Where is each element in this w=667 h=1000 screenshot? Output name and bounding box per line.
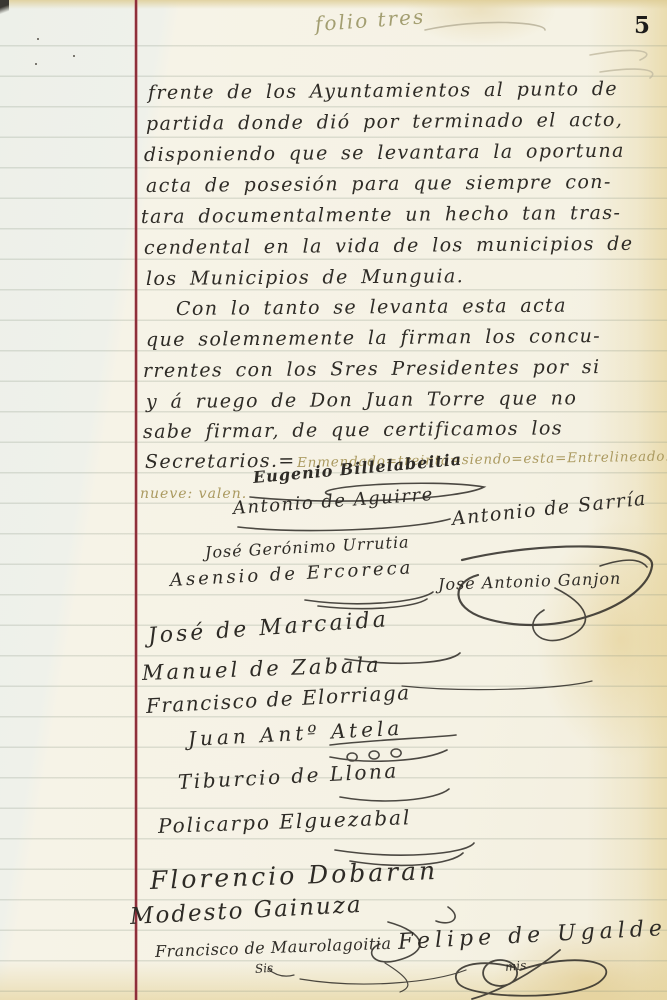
ink-speck xyxy=(73,55,75,57)
signature-maurolagoitia-rubric-note: Sis xyxy=(255,961,274,976)
interlined-note: nueve: valen. xyxy=(140,486,247,502)
faint-pencil-stroke xyxy=(425,22,545,30)
folio-label: folio tres xyxy=(314,4,426,36)
signature-asensio-de-ercoreca: Asensio de Ercoreca xyxy=(169,557,413,591)
signature-modesto-gainuza: Modesto Gainuza xyxy=(129,892,363,930)
signature-jose-geronimo-urrutia: José Gerónimo Urrutia xyxy=(205,532,411,562)
signature-florencio-dobaran: Florencio Dobaran xyxy=(149,856,438,895)
scan-corner-smudge xyxy=(0,0,9,16)
signature-felipe-de-ugalde: Felipe de Ugalde xyxy=(397,916,667,955)
ercoreca-underline xyxy=(305,592,433,609)
handwriting-line: partida donde dió por terminado el acto, xyxy=(146,109,623,135)
signature-juan-anto-atela: Juan Antº Atela xyxy=(187,716,403,751)
signature-antonio-de-sarria: Antonio de Sarría xyxy=(451,488,648,530)
signature-ugalde-rubric-note: mis xyxy=(504,958,527,974)
handwriting-line: los Municipios de Munguia. xyxy=(146,265,464,290)
handwriting-line: y á ruego de Don Juan Torre que no xyxy=(146,387,577,413)
handwriting-line: que solemnemente la firman los concu- xyxy=(146,325,601,351)
signature-tiburcio-de-llona: Tiburcio de Llona xyxy=(177,758,399,794)
handwriting-line: frente de los Ayuntamientos al punto de xyxy=(148,78,618,104)
signature-manuel-de-zabala: Manuel de Zabala xyxy=(142,653,382,685)
zabala-tail xyxy=(402,681,592,690)
signature-jose-antonio-ganjon: Jose Antonio Ganjon xyxy=(438,569,622,594)
ink-speck xyxy=(37,38,39,40)
ink-speck xyxy=(35,63,37,65)
maurolagoitia-rubric xyxy=(268,963,466,992)
page-number: 5 xyxy=(634,12,650,39)
signature-francisco-de-elorriaga: Francisco de Elorriaga xyxy=(145,680,411,718)
handwriting-line: tara documentalmente un hecho tan tras- xyxy=(141,202,621,228)
handwriting-line: disponiendo que se levantara la oportuna xyxy=(144,140,625,166)
handwriting-line: Con lo tanto se levanta esta acta xyxy=(176,295,567,320)
handwriting-line: sabe firmar, de que certificamos los xyxy=(143,417,563,443)
signature-policarpo-elguezabal: Policarpo Elguezabal xyxy=(158,805,412,838)
signature-francisco-de-maurolagoitia: Francisco de Maurolagoitia xyxy=(155,934,392,961)
handwriting-line: rrentes con los Sres Presidentes por si xyxy=(143,356,601,382)
handwriting-line: acta de posesión para que siempre con- xyxy=(146,171,612,197)
handwriting-line: cendental en la vida de los municipios d… xyxy=(144,233,634,259)
dobaran-tail xyxy=(436,907,455,923)
manuscript-page: folio tres 5 frente de los Ayuntamientos… xyxy=(0,0,667,1000)
llona-underline xyxy=(340,789,449,801)
ugalde-rubric xyxy=(456,950,606,999)
red-margin-line xyxy=(135,0,137,1000)
signature-jose-de-marcaida: José de Marcaida xyxy=(147,607,389,649)
aguirre-underline xyxy=(238,519,450,530)
signature-antonio-de-aguirre: Antonio de Aguirre xyxy=(232,484,434,519)
faint-pencil-stroke xyxy=(590,51,653,78)
